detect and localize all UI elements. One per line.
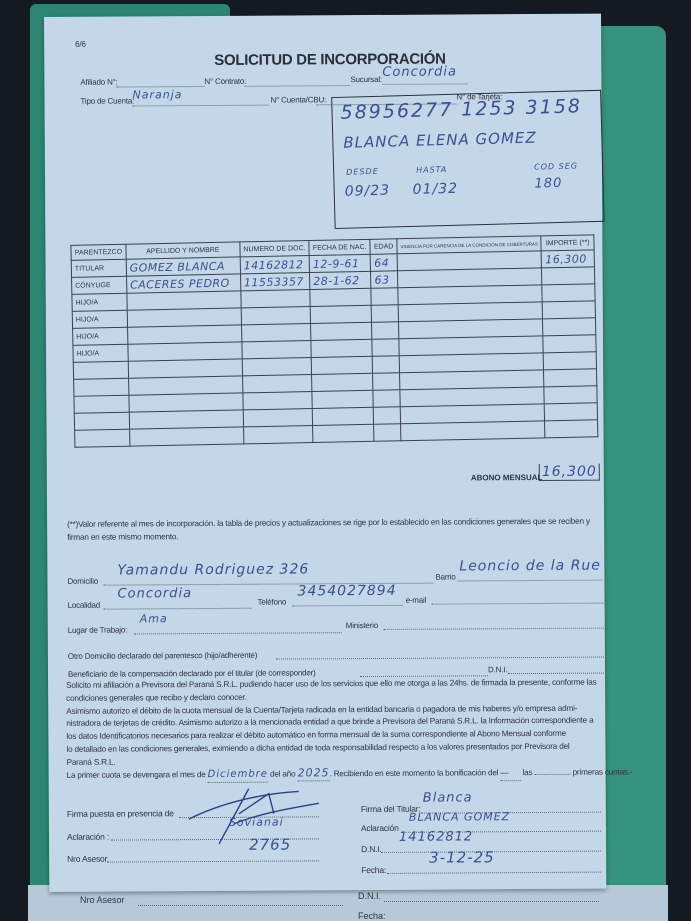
member-field-cell[interactable] [241, 307, 311, 325]
member-field-cell[interactable] [373, 390, 400, 408]
localidad-label: Localidad [68, 601, 101, 610]
aclaracion-right-field[interactable]: BLANCA GOMEZ [409, 810, 510, 824]
relationship-cell: HIJO/A [73, 344, 128, 362]
barrio-label: Barrio [435, 572, 455, 581]
relationship-cell: HIJO/A [72, 310, 127, 328]
relationship-cell: CÓNYUGE [72, 276, 127, 294]
member-field-cell[interactable] [542, 267, 595, 285]
member-field-cell[interactable] [129, 427, 243, 446]
card-desde-value[interactable]: 09/23 [344, 183, 390, 200]
relationship-cell: HIJO/A [72, 293, 127, 311]
aclaracion-right-label: Aclaración [361, 823, 399, 833]
asesor-field[interactable]: 2765 [249, 836, 291, 854]
member-field-cell[interactable] [310, 288, 372, 306]
sucursal-label: Sucursal: [350, 75, 382, 84]
member-field-cell[interactable] [545, 420, 598, 438]
card-hasta-value[interactable]: 01/32 [412, 181, 458, 198]
afiliado-label: Afiliado N°: [80, 78, 117, 87]
member-field-cell[interactable] [311, 339, 373, 357]
contrato-label: N° Contrato: [204, 77, 246, 86]
relationship-cell: TITULAR [71, 259, 126, 277]
beneficiario-dni-label: D.N.I. [488, 665, 507, 674]
member-field-cell[interactable] [373, 373, 400, 391]
member-field-cell[interactable]: 16,300 [542, 250, 595, 268]
member-field-cell[interactable] [372, 305, 399, 323]
telefono-label: Teléfono [258, 598, 287, 607]
member-field-cell[interactable] [544, 352, 597, 370]
tipo-cuenta-label: Tipo de Cuenta: [80, 96, 134, 105]
member-field-cell[interactable]: 14162812 [240, 256, 310, 274]
member-field-cell[interactable] [311, 322, 373, 340]
card-cod-seg-label: COD SEG [534, 161, 578, 171]
member-field-cell[interactable] [374, 407, 401, 425]
relationship-cell [74, 395, 129, 413]
column-header: PARENTEZCO [71, 244, 126, 260]
member-field-cell[interactable] [312, 390, 374, 408]
asesor-label: Nro Asesor [67, 854, 107, 864]
firma-presencia-label: Firma puesta en presencia de [67, 808, 174, 819]
member-field-cell[interactable] [311, 356, 373, 374]
member-field-cell[interactable]: 28-1-62 [310, 271, 372, 289]
member-field-cell[interactable] [543, 318, 596, 336]
card-number-box: 58956277 1253 3158 BLANCA ELENA GOMEZ DE… [331, 90, 604, 229]
relationship-cell [73, 361, 128, 379]
member-field-cell[interactable] [544, 386, 597, 404]
member-field-cell[interactable] [242, 358, 312, 376]
localidad-field[interactable]: Concordia [117, 586, 192, 601]
aclaracion-left-label: Aclaración : [67, 832, 109, 842]
relationship-cell [74, 378, 129, 396]
member-field-cell[interactable] [241, 324, 311, 342]
legal-text: Solicito mi afiliación a Previsora del P… [66, 676, 627, 769]
member-field-cell[interactable] [545, 403, 598, 421]
card-number[interactable]: 58956277 1253 3158 [340, 95, 582, 124]
member-field-cell[interactable]: 11553357 [240, 273, 310, 291]
member-field-cell[interactable] [313, 424, 375, 442]
member-field-cell[interactable]: 12-9-61 [309, 254, 371, 272]
under-fecha-label: Fecha: [358, 911, 386, 921]
price-note: (**)Valor referente al mes de incorporac… [67, 516, 607, 545]
member-field-cell[interactable] [374, 424, 401, 442]
sucursal-field[interactable]: Concordia [382, 64, 457, 79]
relationship-cell [75, 429, 130, 447]
lugar-trabajo-label: Lugar de Trabajo: [68, 626, 127, 635]
abono-mensual-label: ABONO MENSUAL [471, 473, 543, 482]
ministerio-label: Ministerio [346, 621, 378, 630]
column-header: IMPORTE (**) [541, 235, 594, 251]
tipo-cuenta-field[interactable]: Naranja [132, 88, 182, 101]
member-field-cell[interactable] [543, 335, 596, 353]
domicilio-field[interactable]: Yamandu Rodriguez 326 [117, 561, 309, 578]
fecha-field[interactable]: 3-12-25 [429, 848, 495, 866]
first-fee-prefix: La primer cuota se devengara el mes de [67, 770, 206, 780]
column-header: NUMERO DE DOC. [240, 241, 310, 257]
member-field-cell[interactable] [241, 290, 311, 308]
otro-domicilio-label: Otro Domicilio declarado del parentesco … [68, 651, 257, 661]
under-asesor-label: Nro Asesor [80, 895, 125, 905]
card-hasta-label: HASTA [416, 165, 447, 175]
member-field-cell[interactable] [371, 288, 398, 306]
first-fee-las[interactable] [534, 774, 570, 775]
members-table: PARENTEZCOAPELLIDO Y NOMBRENUMERO DE DOC… [70, 234, 598, 447]
member-field-cell[interactable] [242, 375, 312, 393]
first-fee-las-label: las [523, 768, 533, 777]
card-holder[interactable]: BLANCA ELENA GOMEZ [343, 129, 537, 152]
application-form-page: 6/6 SOLICITUD DE INCORPORACIÓN Afiliado … [44, 14, 606, 892]
member-field-cell[interactable] [310, 305, 372, 323]
column-header: FECHA DE NAC. [309, 239, 371, 255]
member-field-cell[interactable] [401, 421, 546, 441]
member-field-cell[interactable] [543, 301, 596, 319]
card-desde-label: DESDE [346, 167, 379, 177]
first-fee-bonus[interactable]: — [500, 767, 520, 781]
member-field-cell[interactable] [312, 407, 374, 425]
fecha-label: Fecha: [361, 865, 386, 875]
first-fee-year[interactable]: 2025 [298, 767, 330, 781]
telefono-field[interactable]: 3454027894 [297, 583, 396, 600]
card-cod-seg-value[interactable]: 180 [534, 176, 562, 192]
under-dni-label: D.N.I. [358, 891, 381, 901]
member-field-cell[interactable]: 64 [371, 254, 398, 272]
aclaracion-left-field[interactable]: Sovianai [229, 816, 284, 829]
member-field-cell[interactable] [544, 369, 597, 387]
member-field-cell[interactable] [243, 426, 313, 444]
first-fee-mid: . Recibiendo en este momento la bonifica… [330, 768, 499, 778]
first-fee-month[interactable]: Diciembre [208, 769, 268, 783]
member-field-cell[interactable] [243, 409, 313, 427]
member-field-cell[interactable] [312, 373, 374, 391]
first-fee-suffix: primeras cuotas.- [573, 767, 633, 776]
cuenta-cbu-label: N° Cuenta/CBU: [270, 95, 326, 104]
dni-right-field[interactable]: 14162812 [399, 829, 473, 844]
abono-mensual-value[interactable]: 16,300 [539, 464, 600, 481]
member-field-cell[interactable] [373, 356, 400, 374]
email-label: e-mail [406, 596, 427, 605]
column-header: EDAD [370, 239, 397, 255]
first-fee-year-label: del año [270, 769, 296, 778]
member-field-cell[interactable] [243, 392, 313, 410]
beneficiario-label: Beneficiario de la compensación declarad… [68, 668, 316, 679]
page-number: 6/6 [75, 40, 86, 49]
barrio-field[interactable]: Leoncio de la Rue [459, 558, 601, 575]
firma-titular-field[interactable]: Blanca [423, 790, 473, 805]
domicilio-label: Domicilio [67, 577, 98, 586]
member-field-cell[interactable] [242, 341, 312, 359]
relationship-cell [74, 412, 129, 430]
member-field-cell[interactable] [372, 339, 399, 357]
first-fee-line: La primer cuota se devengara el mes de D… [67, 765, 633, 783]
member-field-cell[interactable]: 63 [371, 271, 398, 289]
member-field-cell[interactable] [542, 284, 595, 302]
lugar-trabajo-field[interactable]: Ama [140, 612, 168, 625]
dni-right-label: D.N.I. [361, 844, 382, 854]
member-field-cell[interactable] [372, 322, 399, 340]
relationship-cell: HIJO/A [73, 327, 128, 345]
